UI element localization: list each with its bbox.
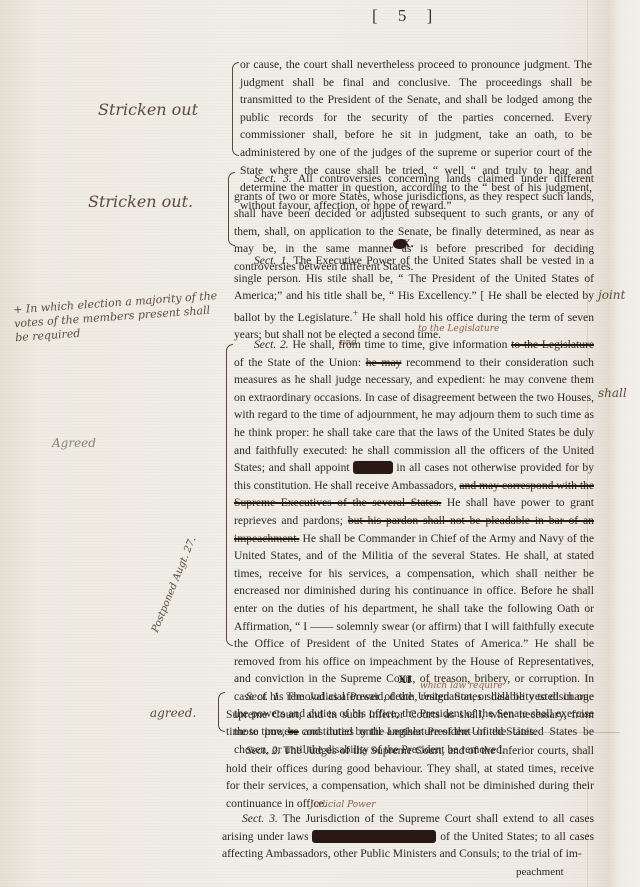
ink-rule bbox=[380, 732, 620, 733]
struck-text: be bbox=[288, 725, 299, 738]
redacted-text: passed by the Legislature bbox=[312, 830, 436, 843]
catchword: peachment bbox=[516, 864, 564, 882]
article-xi-section-3: Sect. 3. The Jurisdiction of the Supreme… bbox=[222, 810, 594, 863]
margin-note-agreed: Agreed bbox=[52, 436, 96, 450]
margin-brace bbox=[226, 344, 233, 646]
margin-note-agreed-xi: agreed. bbox=[150, 706, 196, 720]
article-heading-xi: XI bbox=[398, 672, 411, 687]
interlinear-judicial-power: Judicial Power bbox=[310, 800, 376, 810]
redacted-text: officers bbox=[353, 461, 392, 474]
article-x-section-1: Sect. 1. The Executive Power of the Unit… bbox=[234, 252, 594, 344]
margin-note-majority-votes: + In which election a majority of the vo… bbox=[13, 289, 225, 346]
margin-brace bbox=[232, 62, 239, 156]
margin-note-stricken-out-2: Stricken out. bbox=[88, 192, 193, 211]
article-xi-section-2: Sect. 2. The Judges of the Supreme Court… bbox=[226, 742, 594, 812]
section-text: of the State of the Union: bbox=[234, 356, 366, 369]
section-label: Sect. 1. bbox=[254, 254, 289, 267]
page-number: [ 5 ] bbox=[372, 6, 440, 26]
section-label: Sect. 1. bbox=[246, 690, 282, 703]
margin-note-joint: joint bbox=[598, 288, 625, 302]
struck-text: he may bbox=[366, 356, 402, 369]
section-label: Sect. 3. bbox=[242, 812, 278, 825]
interlinear-to-the-legislature: to the Legislature bbox=[418, 324, 499, 334]
section-label: Sect. 2. bbox=[246, 744, 280, 757]
margin-brace bbox=[218, 692, 225, 732]
margin-note-stricken-out-1: Stricken out bbox=[98, 100, 198, 119]
document-page: [ 5 ] or cause, the court shall neverthe… bbox=[0, 0, 640, 887]
section-text: The Judges of the Supreme Court, and of … bbox=[226, 744, 594, 810]
section-label: Sect. 2. bbox=[254, 338, 289, 351]
article-heading-x: X. bbox=[402, 236, 414, 251]
section-text: He shall, from time to time, give inform… bbox=[292, 338, 511, 351]
struck-text: to the Legislature bbox=[511, 338, 594, 351]
torn-page-edge bbox=[587, 0, 640, 887]
margin-note-shall: shall bbox=[598, 386, 627, 400]
margin-note-postponed: Postponed Augt. 27. bbox=[150, 535, 198, 634]
section-label: Sect. 3. bbox=[254, 172, 292, 185]
section-text: recommend to their consideration such me… bbox=[234, 356, 594, 475]
